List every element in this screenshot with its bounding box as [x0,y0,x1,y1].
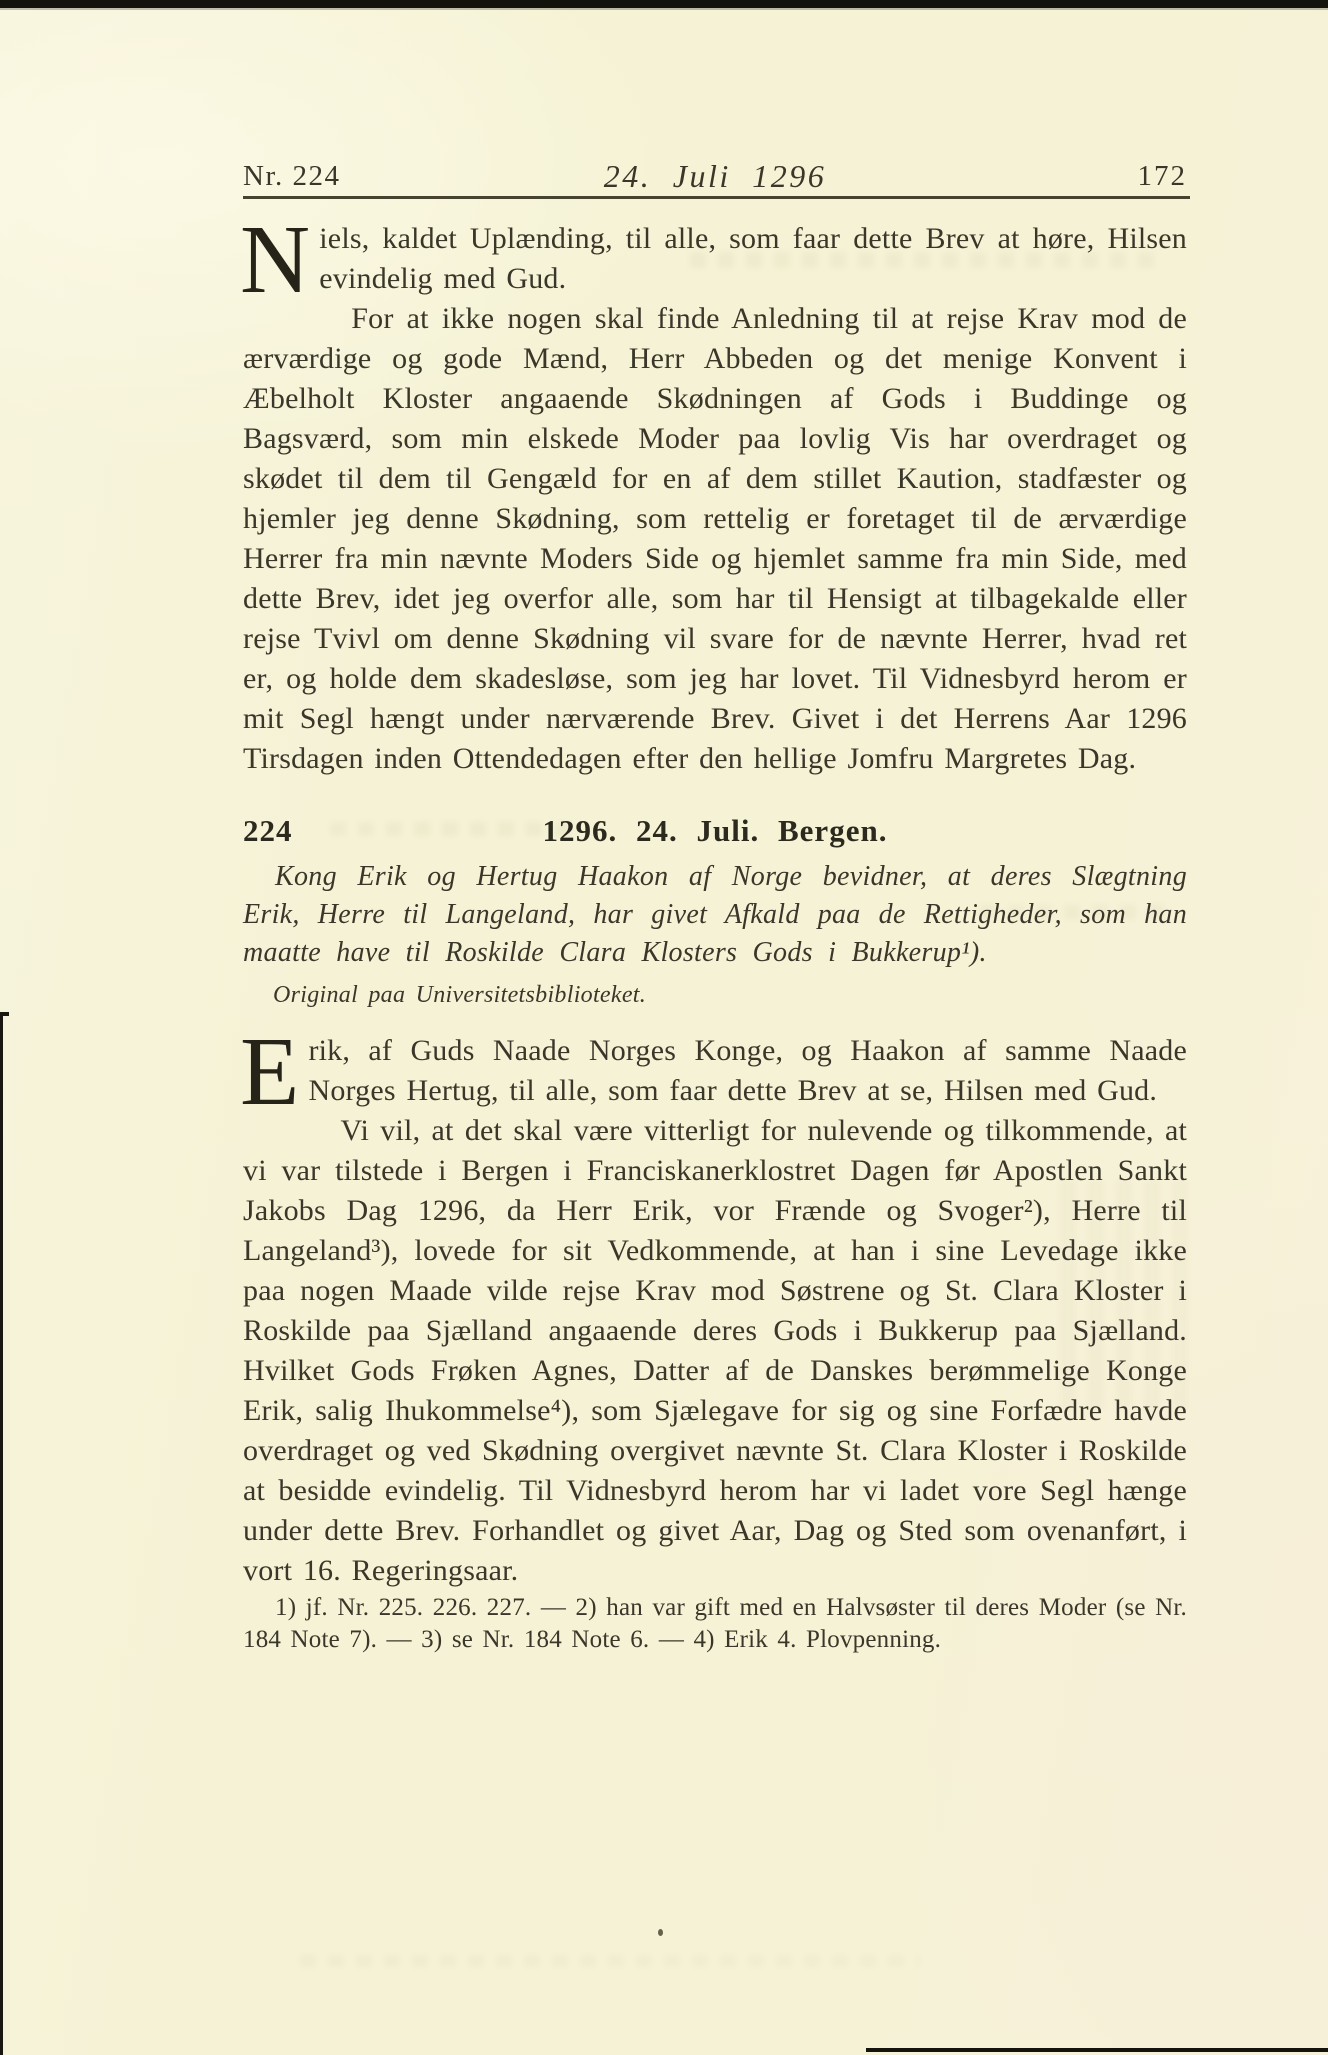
drop-cap-initial: E [240,1034,299,1112]
source-note: Original paa Universitetsbiblioteket. [243,982,1217,1009]
letter-opening: Niels, kaldet Uplænding, til alle, som f… [243,219,1187,299]
scan-edge-top [0,0,1328,8]
letter-opening-text: iels, kaldet Uplænding, til alle, som fa… [319,222,1187,295]
header-rule [243,196,1190,199]
running-header: Nr. 224 24. Juli 1296 172 [243,158,1187,194]
scan-edge-left-nub [0,1012,9,1016]
book-page-scan: Nr. 224 24. Juli 1296 172 Niels, kaldet … [0,0,1328,2055]
scan-edge-left [0,1012,3,2055]
drop-cap-initial: N [240,222,310,300]
entry-number: 224 [243,813,293,849]
letter-body-text: For at ikke nogen skal finde Anledning t… [243,299,1187,779]
letter-body-text: Vi vil, at det skal være vitterligt for … [243,1111,1187,1591]
bleedthrough-artifact [300,1955,920,1967]
letter-text-entry-224: Erik, af Guds Naade Norges Konge, og Haa… [243,1031,1187,1591]
scan-edge-bottom-right [866,2048,1328,2052]
letter-text-previous-entry: Niels, kaldet Uplænding, til alle, som f… [243,219,1187,779]
letter-opening: Erik, af Guds Naade Norges Konge, og Haa… [243,1031,1187,1111]
entry-heading: 224 1296. 24. Juli. Bergen. [243,813,1187,849]
page-number: 172 [1138,160,1188,193]
ink-speck [658,1929,663,1936]
letter-opening-text: rik, af Guds Naade Norges Konge, og Haak… [308,1034,1187,1107]
entry-dateline: 1296. 24. Juli. Bergen. [243,813,1187,849]
footnotes: 1) jf. Nr. 225. 226. 227. — 2) han var g… [243,1592,1187,1656]
running-date: 24. Juli 1296 [243,158,1187,195]
entry-regest: Kong Erik og Hertug Haakon af Norge bevi… [243,858,1187,972]
